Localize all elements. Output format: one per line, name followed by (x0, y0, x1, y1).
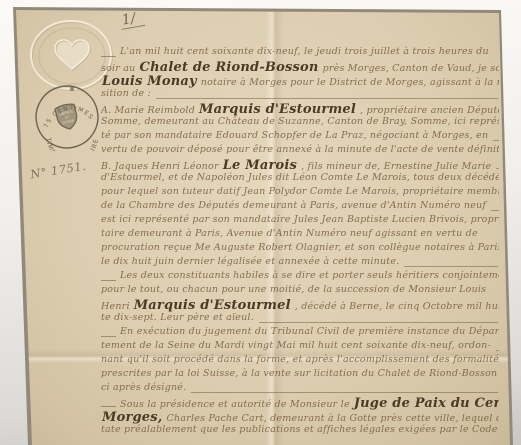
handwriting-text: Somme, demeurant au Château de Suzanne, … (101, 116, 499, 127)
manuscript-line: est ici représenté par son mandataire Ju… (101, 214, 499, 228)
manuscript-line: L'an mil huit cent soixante dix-neuf, le… (101, 46, 499, 60)
display-script-text: Chalet de Riond-Bosson (139, 60, 323, 74)
handwriting-text: de la Chambre des Députés demeurant à Pa… (101, 200, 489, 211)
handwriting-text: le dix huit juin dernier légalisée et an… (101, 256, 402, 267)
display-script-text: Marquis d'Estourmel (133, 298, 295, 312)
handwriting-text: pour lequel son tuteur datif Jean Polydo… (101, 186, 499, 197)
manuscript-line: HenriMarquis d'Estourmel, décédé à Berne… (101, 298, 499, 312)
handwriting-text: soir au (101, 63, 139, 74)
handwriting-text: nant qu'il soit procédé dans la forme, e… (101, 354, 499, 365)
handwriting-text: te dix-sept. Leur père et aïeul. (101, 312, 257, 323)
handwriting-text: notaire à Morges pour le District de Mor… (201, 77, 499, 88)
handwriting-text: Les deux constituants habiles à se dire … (120, 270, 499, 281)
handwriting-text: En exécution du jugement du Tribunal Civ… (120, 326, 499, 337)
handwriting-text: sition de : (101, 88, 154, 99)
handwriting-text: près Morges, Canton de Vaud, je soussign… (323, 63, 499, 74)
manuscript-line: pour le tout, ou chacun pour une moitié,… (101, 284, 499, 298)
manuscript-line: B. Jaques Henri LéonorLe Marois, fils mi… (101, 158, 499, 172)
ruled-fill-line (491, 210, 499, 211)
handwriting-text: vertu de pouvoir déposé pour être annexé… (101, 144, 499, 155)
manuscript-line: Morges,Charles Pache Cart, demeurant à l… (101, 410, 499, 424)
handwriting-text: d'Estourmel, et de Napoléon Jules dit Lé… (101, 172, 499, 183)
manuscript-line: soir auChalet de Riond-Bossonprès Morges… (101, 60, 499, 74)
display-script-text: Louis Monay (101, 74, 201, 88)
display-script-text: Morges, (101, 410, 167, 424)
paragraph-lead-dash (101, 280, 116, 281)
manuscript-line: Somme, demeurant au Château de Suzanne, … (101, 116, 499, 130)
handwriting-text: procuration reçue Me Auguste Robert Olag… (101, 242, 499, 253)
display-script-text: Le Marois (222, 158, 301, 172)
ruled-fill-line (493, 140, 499, 141)
ruled-fill-line (404, 266, 498, 267)
handwriting-text: tate préalablement que les publications … (101, 424, 499, 435)
manuscript-line: d'Estourmel, et de Napoléon Jules dit Lé… (101, 172, 499, 186)
manuscript-line: nant qu'il soit procédé dans la forme, e… (101, 354, 499, 368)
manuscript-line: Les deux constituants habiles à se dire … (101, 270, 499, 284)
handwriting-text: Henri (101, 301, 133, 312)
handwriting-text: A. Marie Reimbold (101, 105, 198, 116)
manuscript-line: En exécution du jugement du Tribunal Civ… (101, 326, 499, 340)
manuscript-line: le dix huit juin dernier légalisée et an… (101, 256, 499, 270)
handwriting-text: pour le tout, ou chacun pour une moitié,… (101, 284, 489, 295)
manuscript-line: té par son mandataire Edouard Schopfer d… (101, 130, 499, 144)
ruled-fill-line (496, 350, 499, 351)
ruled-fill-line (156, 98, 498, 99)
handwriting-text: tement de la Seine du Mardi vingt Mai mi… (101, 340, 494, 351)
handwriting-text: ci après désigné. (101, 382, 189, 393)
manuscript-line: ci après désigné. (101, 382, 499, 396)
paragraph-lead-dash (101, 336, 116, 337)
manuscript-line: te dix-sept. Leur père et aïeul. (101, 312, 499, 326)
handwriting-text: L'an mil huit cent soixante dix-neuf, le… (120, 46, 492, 57)
manuscript-line: Louis Monaynotaire à Morges pour le Dist… (101, 74, 499, 88)
display-script-text: Marquis d'Estourmel (198, 102, 360, 116)
handwriting-text: té par son mandataire Edouard Schopfer d… (101, 130, 491, 141)
manuscript-line: taire demeurant à Paris, Avenue d'Antin … (101, 228, 499, 242)
display-script-text: Juge de Paix du Cercle de (353, 396, 499, 410)
manuscript-line: tate préalablement que les publications … (101, 424, 499, 438)
manuscript-line: de la Chambre des Députés demeurant à Pa… (101, 200, 499, 214)
handwriting-text: , fils mineur de, Ernestine Julie Marie (301, 161, 494, 172)
handwriting-text: Sous la présidence et autorité de Monsie… (120, 399, 353, 410)
revenue-stamp: TIMBRE ORDINAIRE 75 CENTIMES LIBERTÉ ET … (33, 83, 101, 151)
document-photo: TIMBRE ORDINAIRE 75 CENTIMES LIBERTÉ ET … (0, 0, 521, 445)
ruled-fill-line (259, 322, 498, 323)
handwriting-text: B. Jaques Henri Léonor (101, 161, 222, 172)
manuscript-line: Sous la présidence et autorité de Monsie… (101, 396, 499, 410)
manuscript-line: procuration reçue Me Auguste Robert Olag… (101, 242, 499, 256)
paragraph-lead-dash (101, 56, 116, 57)
manuscript-line: A. Marie ReimboldMarquis d'Estourmel, pr… (101, 102, 499, 116)
manuscript-line: prescrites par la loi Suisse, à la vente… (101, 368, 499, 382)
handwriting-text: , propriétaire ancien Député de la (360, 105, 499, 116)
handwriting-text: est ici représenté par son mandataire Ju… (101, 214, 499, 225)
handwriting-text: , décédé à Berne, le cinq Octobre mil hu… (295, 301, 499, 312)
handwriting-text: Charles Pache Cart, demeurant à la Gotte… (167, 413, 499, 424)
handwriting-text: taire demeurant à Paris, Avenue d'Antin … (101, 228, 481, 239)
paragraph-lead-dash (101, 406, 116, 407)
manuscript-line: pour lequel son tuteur datif Jean Polydo… (101, 186, 499, 200)
manuscript-line: sition de : (101, 88, 499, 102)
manuscript-line: vertu de pouvoir déposé pour être annexé… (101, 144, 499, 158)
manuscript-text: L'an mil huit cent soixante dix-neuf, le… (101, 46, 499, 440)
ruled-fill-line (191, 392, 498, 393)
handwriting-text: prescrites par la loi Suisse, à la vente… (101, 368, 499, 379)
ruled-fill-line (496, 168, 499, 169)
manuscript-line: tement de la Seine du Mardi vingt Mai mi… (101, 340, 499, 354)
